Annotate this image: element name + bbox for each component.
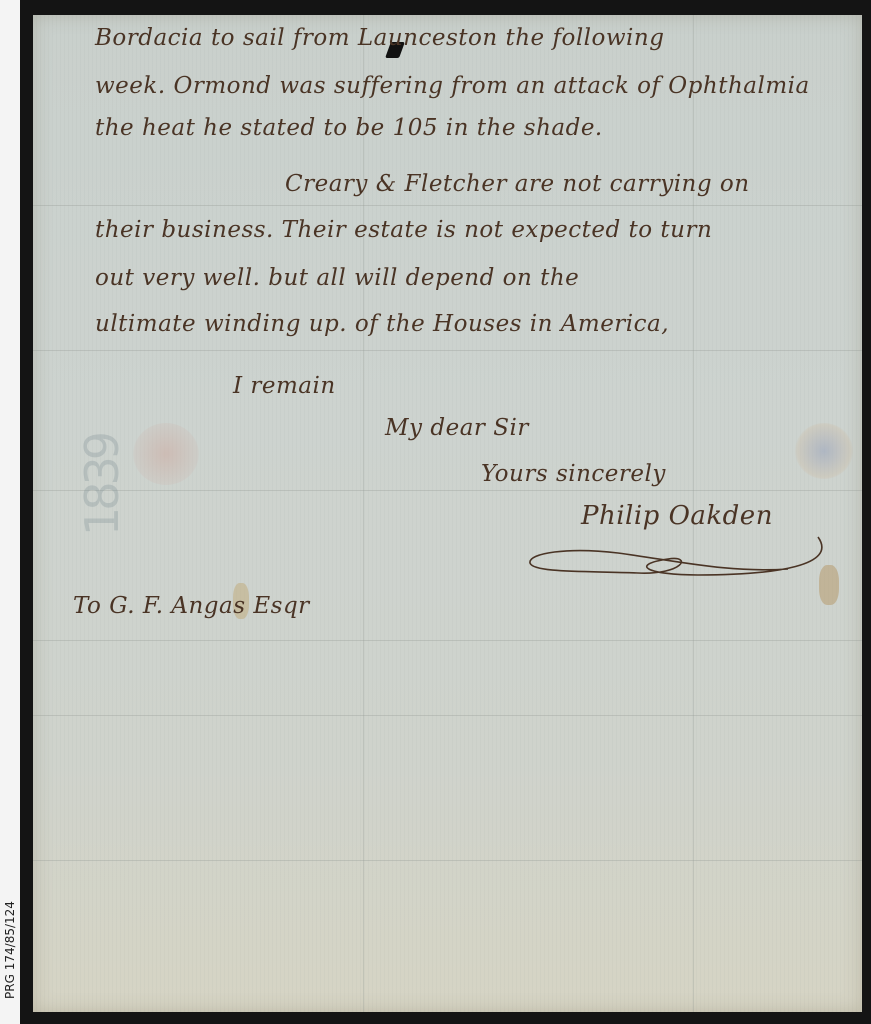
- closing-line-2: My dear Sir: [385, 415, 529, 441]
- letter-line-6: out very well. but all will depend on th…: [95, 265, 579, 291]
- ruling-line: [33, 350, 862, 351]
- catalog-strip: PRG 174/85/124: [0, 0, 20, 1024]
- ruling-line: [33, 640, 862, 641]
- closing-line-3: Yours sincerely: [481, 461, 666, 487]
- ruling-line: [33, 860, 862, 861]
- ruling-line: [33, 490, 862, 491]
- letter-page: 1839 Bordacia to sail from Launceston th…: [33, 15, 862, 1012]
- ink-blot-stain: [795, 423, 853, 479]
- call-number-label: PRG 174/85/124: [0, 878, 20, 1022]
- closing-line-1: I remain: [233, 373, 336, 399]
- ruling-line: [33, 715, 862, 716]
- letter-line-7: ultimate winding up. of the Houses in Am…: [95, 311, 669, 337]
- letter-line-2: week. Ormond was suffering from an attac…: [95, 73, 810, 99]
- signature-flourish: [528, 535, 838, 595]
- ruling-line: [33, 205, 862, 206]
- signature: Philip Oakden: [581, 501, 773, 531]
- letter-line-4: Creary & Fletcher are not carrying on: [285, 171, 750, 197]
- fold-crease: [363, 15, 364, 1012]
- letter-line-3: the heat he stated to be 105 in the shad…: [95, 115, 603, 141]
- addressee-line: To G. F. Angas Esqr: [73, 593, 310, 619]
- letter-line-5: their business. Their estate is not expe…: [95, 217, 712, 243]
- faint-pencil-number: 1839: [75, 435, 129, 536]
- letter-line-1: Bordacia to sail from Launceston the fol…: [95, 25, 664, 51]
- wax-seal-stain: [133, 423, 199, 485]
